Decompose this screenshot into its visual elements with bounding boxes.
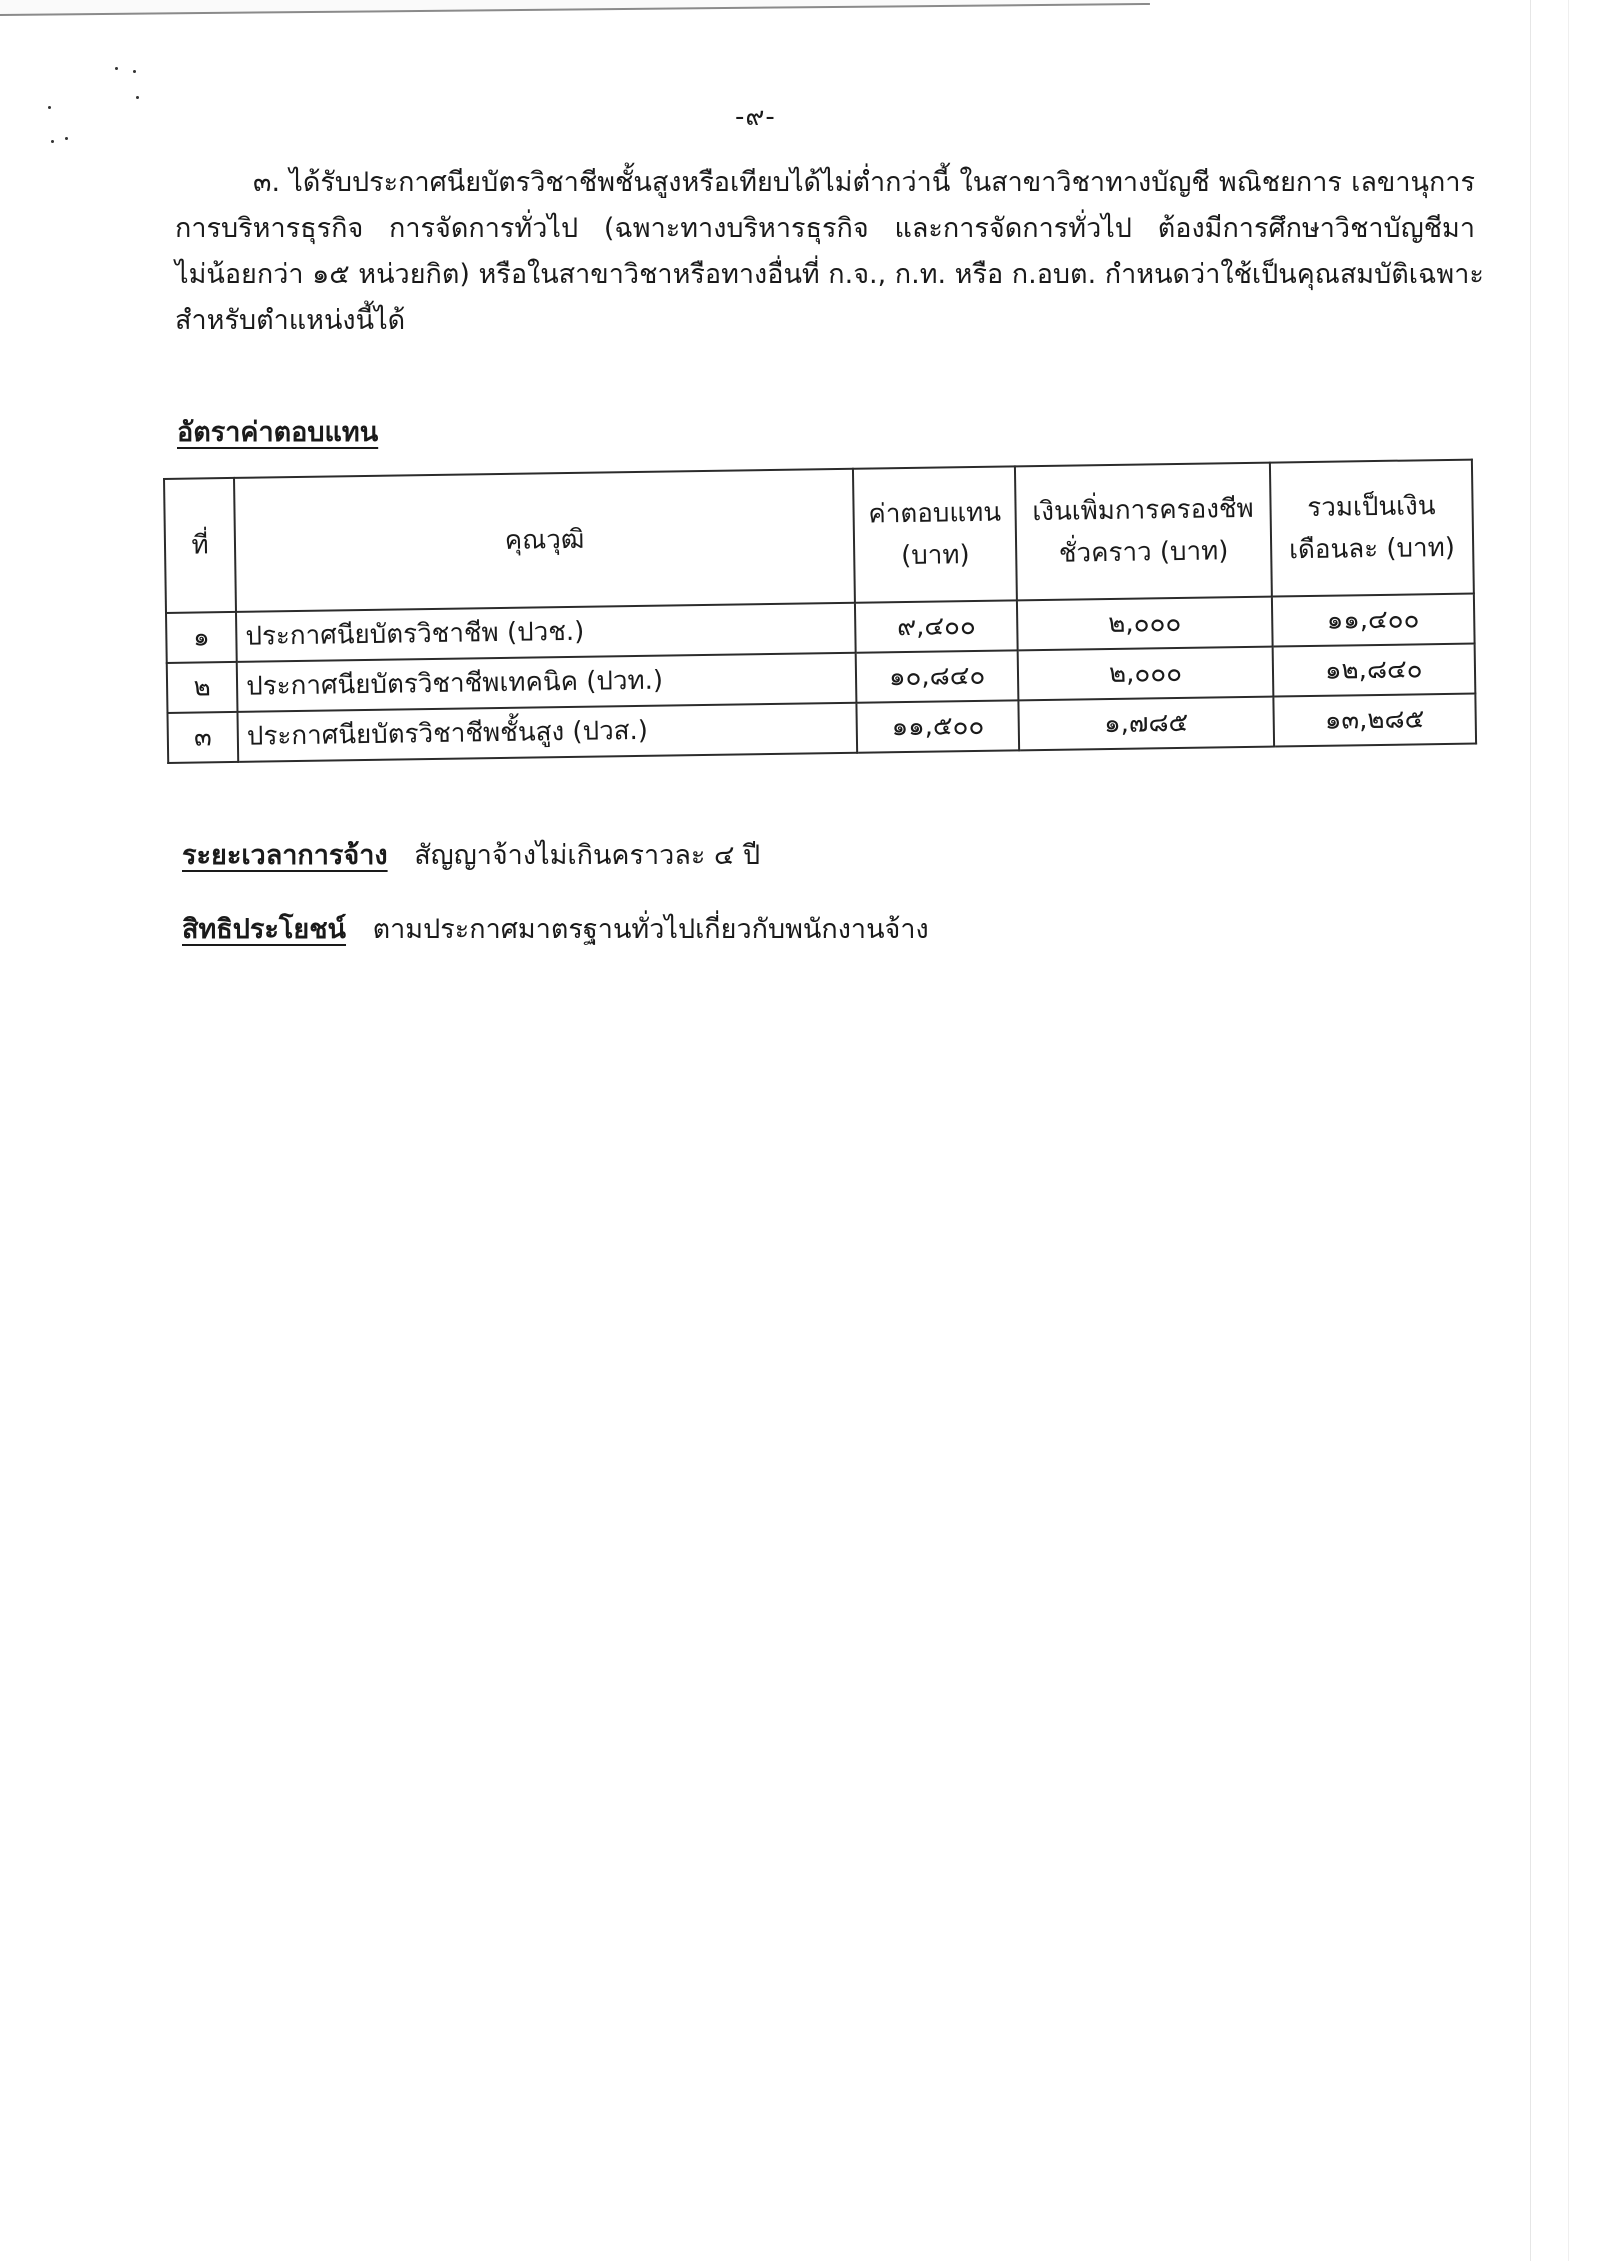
scan-speck xyxy=(115,67,118,70)
employment-duration-value: สัญญาจ้างไม่เกินคราวละ ๔ ปี xyxy=(414,840,760,871)
paragraph-line: ๓. ได้รับประกาศนียบัตรวิชาชีพชั้นสูงหรือ… xyxy=(175,160,1475,206)
header-total-line2: เดือนละ (บาท) xyxy=(1280,527,1465,572)
employment-duration-label: ระยะเวลาการจ้าง xyxy=(182,840,388,871)
scan-speck xyxy=(51,140,54,143)
paragraph-line: สำหรับตำแหน่งนี้ได้ xyxy=(175,298,1475,344)
cell-total: ๑๑,๔๐๐ xyxy=(1272,594,1475,647)
scan-right-edge xyxy=(1530,0,1531,2261)
scan-speck xyxy=(65,137,68,140)
header-no: ที่ xyxy=(164,478,236,613)
header-pay-line1: ค่าตอบแทน xyxy=(862,491,1007,535)
cell-qualification: ประกาศนียบัตรวิชาชีพ (ปวช.) xyxy=(236,603,856,662)
paragraph-line: ไม่น้อยกว่า ๑๕ หน่วยกิต) หรือในสาขาวิชาห… xyxy=(175,252,1475,298)
header-allowance: เงินเพิ่มการครองชีพ ชั่วคราว (บาท) xyxy=(1015,463,1271,601)
scan-speck xyxy=(136,96,139,99)
cell-no: ๒ xyxy=(167,662,238,713)
scan-speck xyxy=(133,70,136,73)
cell-total: ๑๒,๘๔๐ xyxy=(1272,644,1475,697)
header-qualification: คุณวุฒิ xyxy=(234,469,855,612)
scan-right-edge-outer xyxy=(1568,0,1569,2261)
cell-pay: ๙,๔๐๐ xyxy=(855,600,1018,652)
cell-allowance: ๒,๐๐๐ xyxy=(1018,647,1273,701)
paragraph-line: การบริหารธุรกิจ การจัดการทั่วไป (ฉพาะทาง… xyxy=(175,206,1475,252)
cell-qualification: ประกาศนียบัตรวิชาชีพชั้นสูง (ปวส.) xyxy=(238,703,858,762)
page-number: -๙- xyxy=(735,96,776,137)
cell-qualification: ประกาศนียบัตรวิชาชีพเทคนิค (ปวท.) xyxy=(237,653,857,712)
qualification-paragraph: ๓. ได้รับประกาศนียบัตรวิชาชีพชั้นสูงหรือ… xyxy=(175,160,1475,344)
cell-allowance: ๒,๐๐๐ xyxy=(1017,597,1272,651)
cell-pay: ๑๐,๘๔๐ xyxy=(856,650,1019,702)
employment-duration: ระยะเวลาการจ้าง สัญญาจ้างไม่เกินคราวละ ๔… xyxy=(182,833,760,876)
benefits: สิทธิประโยชน์ ตามประกาศมาตรฐานทั่วไปเกี่… xyxy=(182,907,929,950)
scan-speck xyxy=(48,106,51,109)
scan-top-edge xyxy=(0,0,1150,16)
header-pay-line2: (บาท) xyxy=(863,533,1008,577)
header-allowance-line2: ชั่วคราว (บาท) xyxy=(1025,530,1262,576)
cell-pay: ๑๑,๕๐๐ xyxy=(856,700,1019,752)
table-header-row: ที่ คุณวุฒิ ค่าตอบแทน (บาท) เงินเพิ่มการ… xyxy=(164,460,1474,613)
cell-total: ๑๓,๒๘๕ xyxy=(1273,694,1476,747)
header-total-line1: รวมเป็นเงิน xyxy=(1279,485,1464,530)
benefits-value: ตามประกาศมาตรฐานทั่วไปเกี่ยวกับพนักงานจ้… xyxy=(373,914,929,945)
header-pay: ค่าตอบแทน (บาท) xyxy=(853,466,1017,602)
header-total: รวมเป็นเงิน เดือนละ (บาท) xyxy=(1270,460,1474,597)
benefits-label: สิทธิประโยชน์ xyxy=(182,914,346,945)
cell-no: ๓ xyxy=(167,712,238,763)
compensation-table: ที่ คุณวุฒิ ค่าตอบแทน (บาท) เงินเพิ่มการ… xyxy=(163,459,1477,764)
compensation-heading: อัตราค่าตอบแทน xyxy=(177,410,378,453)
header-allowance-line1: เงินเพิ่มการครองชีพ xyxy=(1025,488,1262,534)
cell-no: ๑ xyxy=(166,612,237,663)
cell-allowance: ๑,๗๘๕ xyxy=(1019,697,1274,751)
